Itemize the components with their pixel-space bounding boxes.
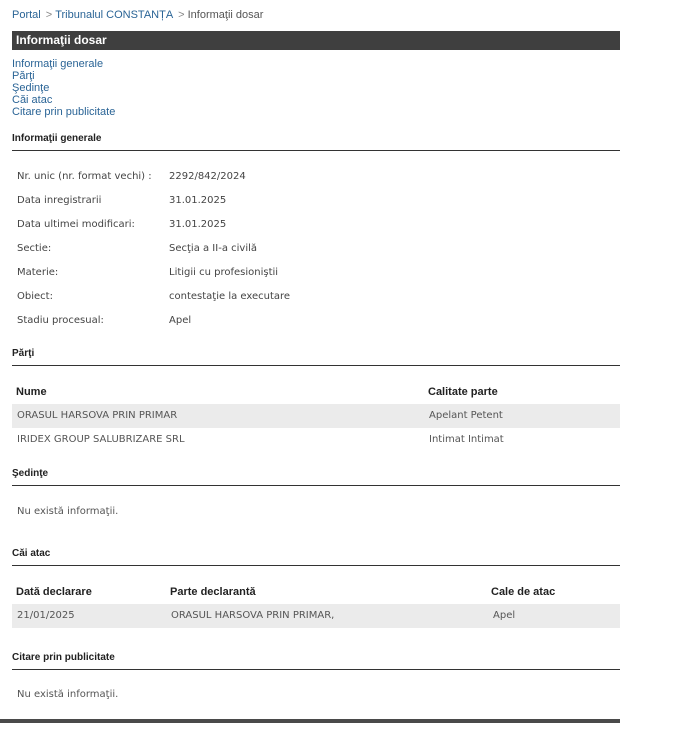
column-header-data-declarare: Dată declarare [16,580,92,604]
section-heading-cai-atac: Căi atac [12,548,620,566]
info-label: Data ultimei modificari: [17,219,169,230]
info-label: Obiect: [17,291,169,302]
info-row-materie: Materie:Litigii cu profesioniştii [17,267,278,278]
nav-link-citare[interactable]: Citare prin publicitate [12,106,115,118]
party-role: Apelant Petent [429,404,503,428]
info-value: 31.01.2025 [169,195,226,206]
nav-link-informatii-generale[interactable]: Informaţii generale [12,58,115,70]
column-header-nume: Nume [16,380,47,404]
nav-link-parti[interactable]: Părţi [12,70,115,82]
nav-link-cai-atac[interactable]: Căi atac [12,94,115,106]
info-label: Sectie: [17,243,169,254]
cai-atac-table: Dată declarare Parte declarantă Cale de … [12,580,620,628]
party-name: IRIDEX GROUP SALUBRIZARE SRL [17,428,185,452]
table-row: ORASUL HARSOVA PRIN PRIMAR Apelant Peten… [12,404,620,428]
party-name: ORASUL HARSOVA PRIN PRIMAR [17,404,177,428]
column-header-cale-de-atac: Cale de atac [491,580,555,604]
appeal-type: Apel [493,604,515,628]
parti-table: Nume Calitate parte ORASUL HARSOVA PRIN … [12,380,620,452]
citare-empty-message: Nu există informaţii. [17,689,118,700]
section-heading-sedinte: Şedinţe [12,468,620,486]
section-heading-citare: Citare prin publicitate [12,652,620,670]
nav-link-sedinte[interactable]: Şedinţe [12,82,115,94]
breadcrumb-court-link[interactable]: Tribunalul CONSTANȚA [55,9,173,21]
breadcrumb: Portal>Tribunalul CONSTANȚA>Informaţii d… [12,9,263,21]
info-label: Nr. unic (nr. format vechi) : [17,171,169,182]
table-row: IRIDEX GROUP SALUBRIZARE SRL Intimat Int… [12,428,620,452]
info-value: 2292/842/2024 [169,171,246,182]
table-header-row: Nume Calitate parte [12,380,620,404]
info-row-nr-unic: Nr. unic (nr. format vechi) :2292/842/20… [17,171,246,182]
sedinte-empty-message: Nu există informaţii. [17,506,118,517]
column-header-calitate-parte: Calitate parte [428,380,498,404]
info-row-data-ultimei-modificari: Data ultimei modificari:31.01.2025 [17,219,226,230]
info-row-stadiu-procesual: Stadiu procesual:Apel [17,315,191,326]
info-row-data-inregistrarii: Data inregistrarii31.01.2025 [17,195,226,206]
info-value: 31.01.2025 [169,219,226,230]
declaration-date: 21/01/2025 [17,604,75,628]
footer-divider [0,719,620,723]
table-row: 21/01/2025 ORASUL HARSOVA PRIN PRIMAR, A… [12,604,620,628]
page-title: Informaţii dosar [12,31,620,50]
breadcrumb-portal-link[interactable]: Portal [12,9,41,21]
declaring-party: ORASUL HARSOVA PRIN PRIMAR, [171,604,334,628]
party-role: Intimat Intimat [429,428,504,452]
info-row-obiect: Obiect:contestaţie la executare [17,291,290,302]
info-value: contestaţie la executare [169,291,290,302]
info-value: Secţia a II-a civilă [169,243,257,254]
breadcrumb-separator: > [46,9,52,21]
section-heading-parti: Părţi [12,348,620,366]
column-header-parte-declaranta: Parte declarantă [170,580,256,604]
section-heading-informatii-generale: Informaţii generale [12,133,620,151]
info-row-sectie: Sectie:Secţia a II-a civilă [17,243,257,254]
info-label: Data inregistrarii [17,195,169,206]
table-header-row: Dată declarare Parte declarantă Cale de … [12,580,620,604]
info-value: Litigii cu profesioniştii [169,267,278,278]
breadcrumb-current: Informaţii dosar [188,9,264,21]
info-label: Materie: [17,267,169,278]
section-nav: Informaţii generale Părţi Şedinţe Căi at… [12,58,115,118]
info-value: Apel [169,315,191,326]
info-label: Stadiu procesual: [17,315,169,326]
breadcrumb-separator: > [178,9,184,21]
